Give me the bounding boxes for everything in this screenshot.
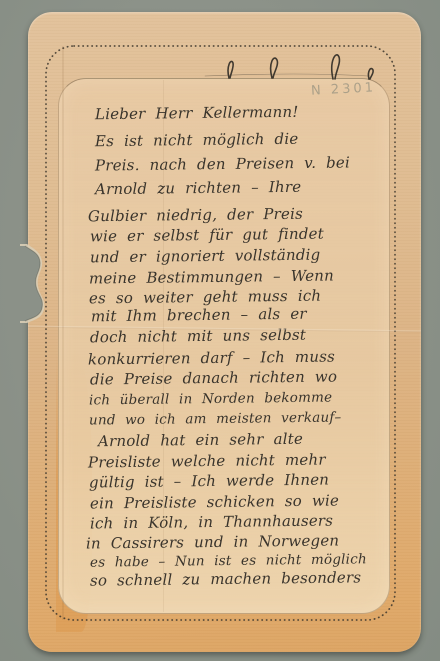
handwriting-line: so schnell zu machen besonders: [90, 567, 361, 592]
handwriting-line: Es ist nicht möglich die: [95, 129, 299, 153]
handwriting-line: Lieber Herr Kellermann!: [95, 102, 299, 126]
handwriting-line: Arnold zu richten – Ihre: [95, 177, 302, 202]
handwriting-line: doch nicht mit uns selbst: [90, 325, 306, 350]
handwriting-line: und wo ich am meisten verkauf–: [89, 407, 342, 432]
handwriting-line: Preis. nach den Preisen v. bei: [95, 152, 350, 177]
scanned-letter: N 2301 Lieber Herr Kellermann! Es ist ni…: [0, 0, 440, 661]
